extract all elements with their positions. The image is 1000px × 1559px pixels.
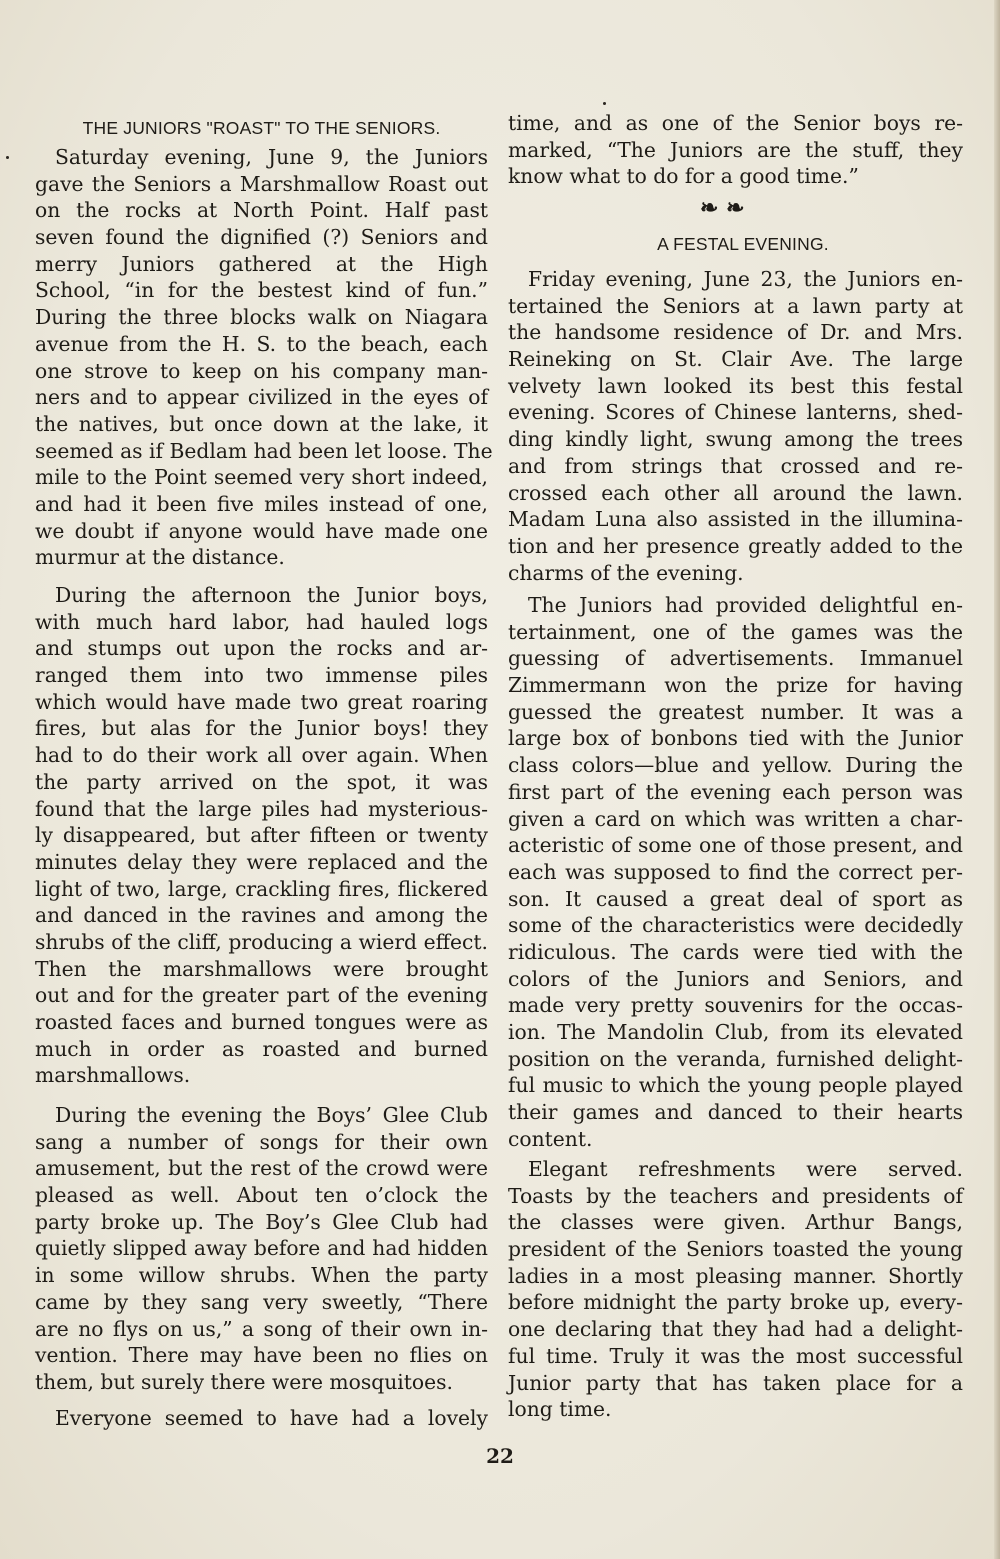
text-line: ly disappeared, but after fifteen or twe… [35, 822, 488, 849]
text-line: tertained the Seniors at a lawn party at [508, 293, 963, 320]
text-line: ful music to which the young people play… [508, 1072, 963, 1099]
text-line: we doubt if anyone would have made one [35, 518, 488, 545]
text-line: tertainment, one of the games was the [508, 619, 963, 646]
text-line: pleased as well. About ten o’clock the [35, 1182, 488, 1209]
text-line: During the three blocks walk on Niagara [35, 304, 488, 331]
text-line: Saturday evening, June 9, the Juniors [35, 144, 488, 171]
text-line: large box of bonbons tied with the Junio… [508, 725, 963, 752]
text-line: During the evening the Boys’ Glee Club [35, 1102, 488, 1129]
text-line: murmur at the distance. [35, 544, 488, 571]
text-line: one declaring that they had had a deligh… [508, 1316, 963, 1343]
paragraph: Friday evening, June 23, the Juniors en-… [508, 266, 963, 586]
text-line: time, and as one of the Senior boys re- [508, 110, 963, 137]
text-line: had to do their work all over again. Whe… [35, 742, 488, 769]
text-line: given a card on which was written a char… [508, 806, 963, 833]
text-line: minutes delay they were replaced and the [35, 849, 488, 876]
text-line: with much hard labor, had hauled logs [35, 609, 488, 636]
text-line: Reineking on St. Clair Ave. The large [508, 346, 963, 373]
text-line: Everyone seemed to have had a lovely [35, 1405, 488, 1432]
text-line: and had it been five miles instead of on… [35, 491, 488, 518]
text-line: the handsome residence of Dr. and Mrs. [508, 319, 963, 346]
text-line: ladies in a most pleasing manner. Shortl… [508, 1263, 963, 1290]
text-line: class colors—blue and yellow. During the [508, 752, 963, 779]
text-line: avenue from the H. S. to the beach, each [35, 331, 488, 358]
paragraph: During the evening the Boys’ Glee Clubsa… [35, 1102, 488, 1396]
text-line: ranged them into two immense piles [35, 662, 488, 689]
text-line: which would have made two great roaring [35, 689, 488, 716]
paragraph: During the afternoon the Junior boys,wit… [35, 582, 488, 1089]
text-line: each was supposed to find the correct pe… [508, 859, 963, 886]
text-line: colors of the Juniors and Seniors, and [508, 966, 963, 993]
paragraph: Elegant refreshments were served.Toasts … [508, 1156, 963, 1423]
text-line: and stumps out upon the rocks and ar- [35, 635, 488, 662]
text-line: quietly slipped away before and had hidd… [35, 1235, 488, 1262]
text-line: found that the large piles had mysteriou… [35, 796, 488, 823]
text-line: son. It caused a great deal of sport as [508, 886, 963, 913]
text-line: shrubs of the cliff, producing a wierd e… [35, 929, 488, 956]
section-divider-ornament: ❧ ❧ [700, 195, 745, 221]
text-line: their games and danced to their hearts [508, 1099, 963, 1126]
print-speck [6, 156, 9, 159]
text-line: guessing of advertisements. Immanuel [508, 645, 963, 672]
paragraph: Everyone seemed to have had a lovely [35, 1405, 488, 1432]
text-line: them, but surely there were mosquitoes. [35, 1369, 488, 1396]
text-line: crossed each other all around the lawn. [508, 480, 963, 507]
text-line: ding kindly light, swung among the trees [508, 426, 963, 453]
text-line: ners and to appear civilized in the eyes… [35, 384, 488, 411]
text-line: are no flys on us,” a song of their own … [35, 1316, 488, 1343]
text-line: ful time. Truly it was the most successf… [508, 1343, 963, 1370]
text-line: evening. Scores of Chinese lanterns, she… [508, 399, 963, 426]
text-line: ridiculous. The cards were tied with the [508, 939, 963, 966]
text-line: marked, “The Juniors are the stuff, they [508, 137, 963, 164]
text-line: roasted faces and burned tongues were as [35, 1009, 488, 1036]
paragraph: Saturday evening, June 9, the Juniorsgav… [35, 144, 488, 571]
text-line: vention. There may have been no flies on [35, 1342, 488, 1369]
print-speck [603, 102, 606, 105]
text-line: velvety lawn looked its best this festal [508, 373, 963, 400]
text-line: School, “in for the bestest kind of fun.… [35, 277, 488, 304]
text-line: charms of the evening. [508, 560, 963, 587]
text-line: Friday evening, June 23, the Juniors en- [508, 266, 963, 293]
text-line: tion and her presence greatly added to t… [508, 533, 963, 560]
magazine-page: THE JUNIORS "ROAST" TO THE SENIORS. Satu… [0, 0, 1000, 1559]
text-line: in some willow shrubs. When the party [35, 1262, 488, 1289]
paragraph: time, and as one of the Senior boys re-m… [508, 110, 963, 190]
text-line: guessed the greatest number. It was a [508, 699, 963, 726]
text-line: position on the veranda, furnished delig… [508, 1046, 963, 1073]
page-edge [994, 0, 1000, 1559]
text-line: sang a number of songs for their own [35, 1129, 488, 1156]
text-line: acteristic of some one of those present,… [508, 832, 963, 859]
text-line: president of the Seniors toasted the you… [508, 1236, 963, 1263]
text-line: amusement, but the rest of the crowd wer… [35, 1155, 488, 1182]
text-line: seven found the dignified (?) Seniors an… [35, 224, 488, 251]
text-line: before midnight the party broke up, ever… [508, 1289, 963, 1316]
article-title-festal: A FESTAL EVENING. [508, 234, 978, 255]
article-title-roast: THE JUNIORS "ROAST" TO THE SENIORS. [35, 118, 488, 139]
text-line: and danced in the ravines and among the [35, 902, 488, 929]
text-line: one strove to keep on his company man- [35, 358, 488, 385]
text-line: Elegant refreshments were served. [508, 1156, 963, 1183]
text-line: and from strings that crossed and re- [508, 453, 963, 480]
text-line: the classes were given. Arthur Bangs, [508, 1209, 963, 1236]
text-line: came by they sang very sweetly, “There [35, 1289, 488, 1316]
text-line: Zimmermann won the prize for having [508, 672, 963, 699]
text-line: made very pretty souvenirs for the occas… [508, 992, 963, 1019]
text-line: gave the Seniors a Marshmallow Roast out [35, 171, 488, 198]
text-line: content. [508, 1126, 963, 1153]
text-line: know what to do for a good time.” [508, 163, 963, 190]
text-line: first part of the evening each person wa… [508, 779, 963, 806]
text-line: fires, but alas for the Junior boys! the… [35, 715, 488, 742]
text-line: mile to the Point seemed very short inde… [35, 464, 488, 491]
text-line: Then the marshmallows were brought [35, 956, 488, 983]
text-line: the natives, but once down at the lake, … [35, 411, 488, 438]
text-line: party broke up. The Boy’s Glee Club had [35, 1209, 488, 1236]
text-line: marshmallows. [35, 1062, 488, 1089]
text-line: seemed as if Bedlam had been let loose. … [35, 438, 488, 465]
text-line: long time. [508, 1396, 963, 1423]
text-line: Junior party that has taken place for a [508, 1370, 963, 1397]
text-line: During the afternoon the Junior boys, [35, 582, 488, 609]
text-line: light of two, large, crackling fires, fl… [35, 876, 488, 903]
text-line: Toasts by the teachers and presidents of [508, 1183, 963, 1210]
paragraph: The Juniors had provided delightful en-t… [508, 592, 963, 1152]
text-line: out and for the greater part of the even… [35, 982, 488, 1009]
text-line: much in order as roasted and burned [35, 1036, 488, 1063]
text-line: merry Juniors gathered at the High [35, 251, 488, 278]
text-line: The Juniors had provided delightful en- [508, 592, 963, 619]
text-line: on the rocks at North Point. Half past [35, 197, 488, 224]
text-line: some of the characteristics were decided… [508, 912, 963, 939]
page-number: 22 [0, 1444, 1000, 1468]
text-line: ion. The Mandolin Club, from its elevate… [508, 1019, 963, 1046]
text-line: the party arrived on the spot, it was [35, 769, 488, 796]
text-line: Madam Luna also assisted in the illumina… [508, 506, 963, 533]
